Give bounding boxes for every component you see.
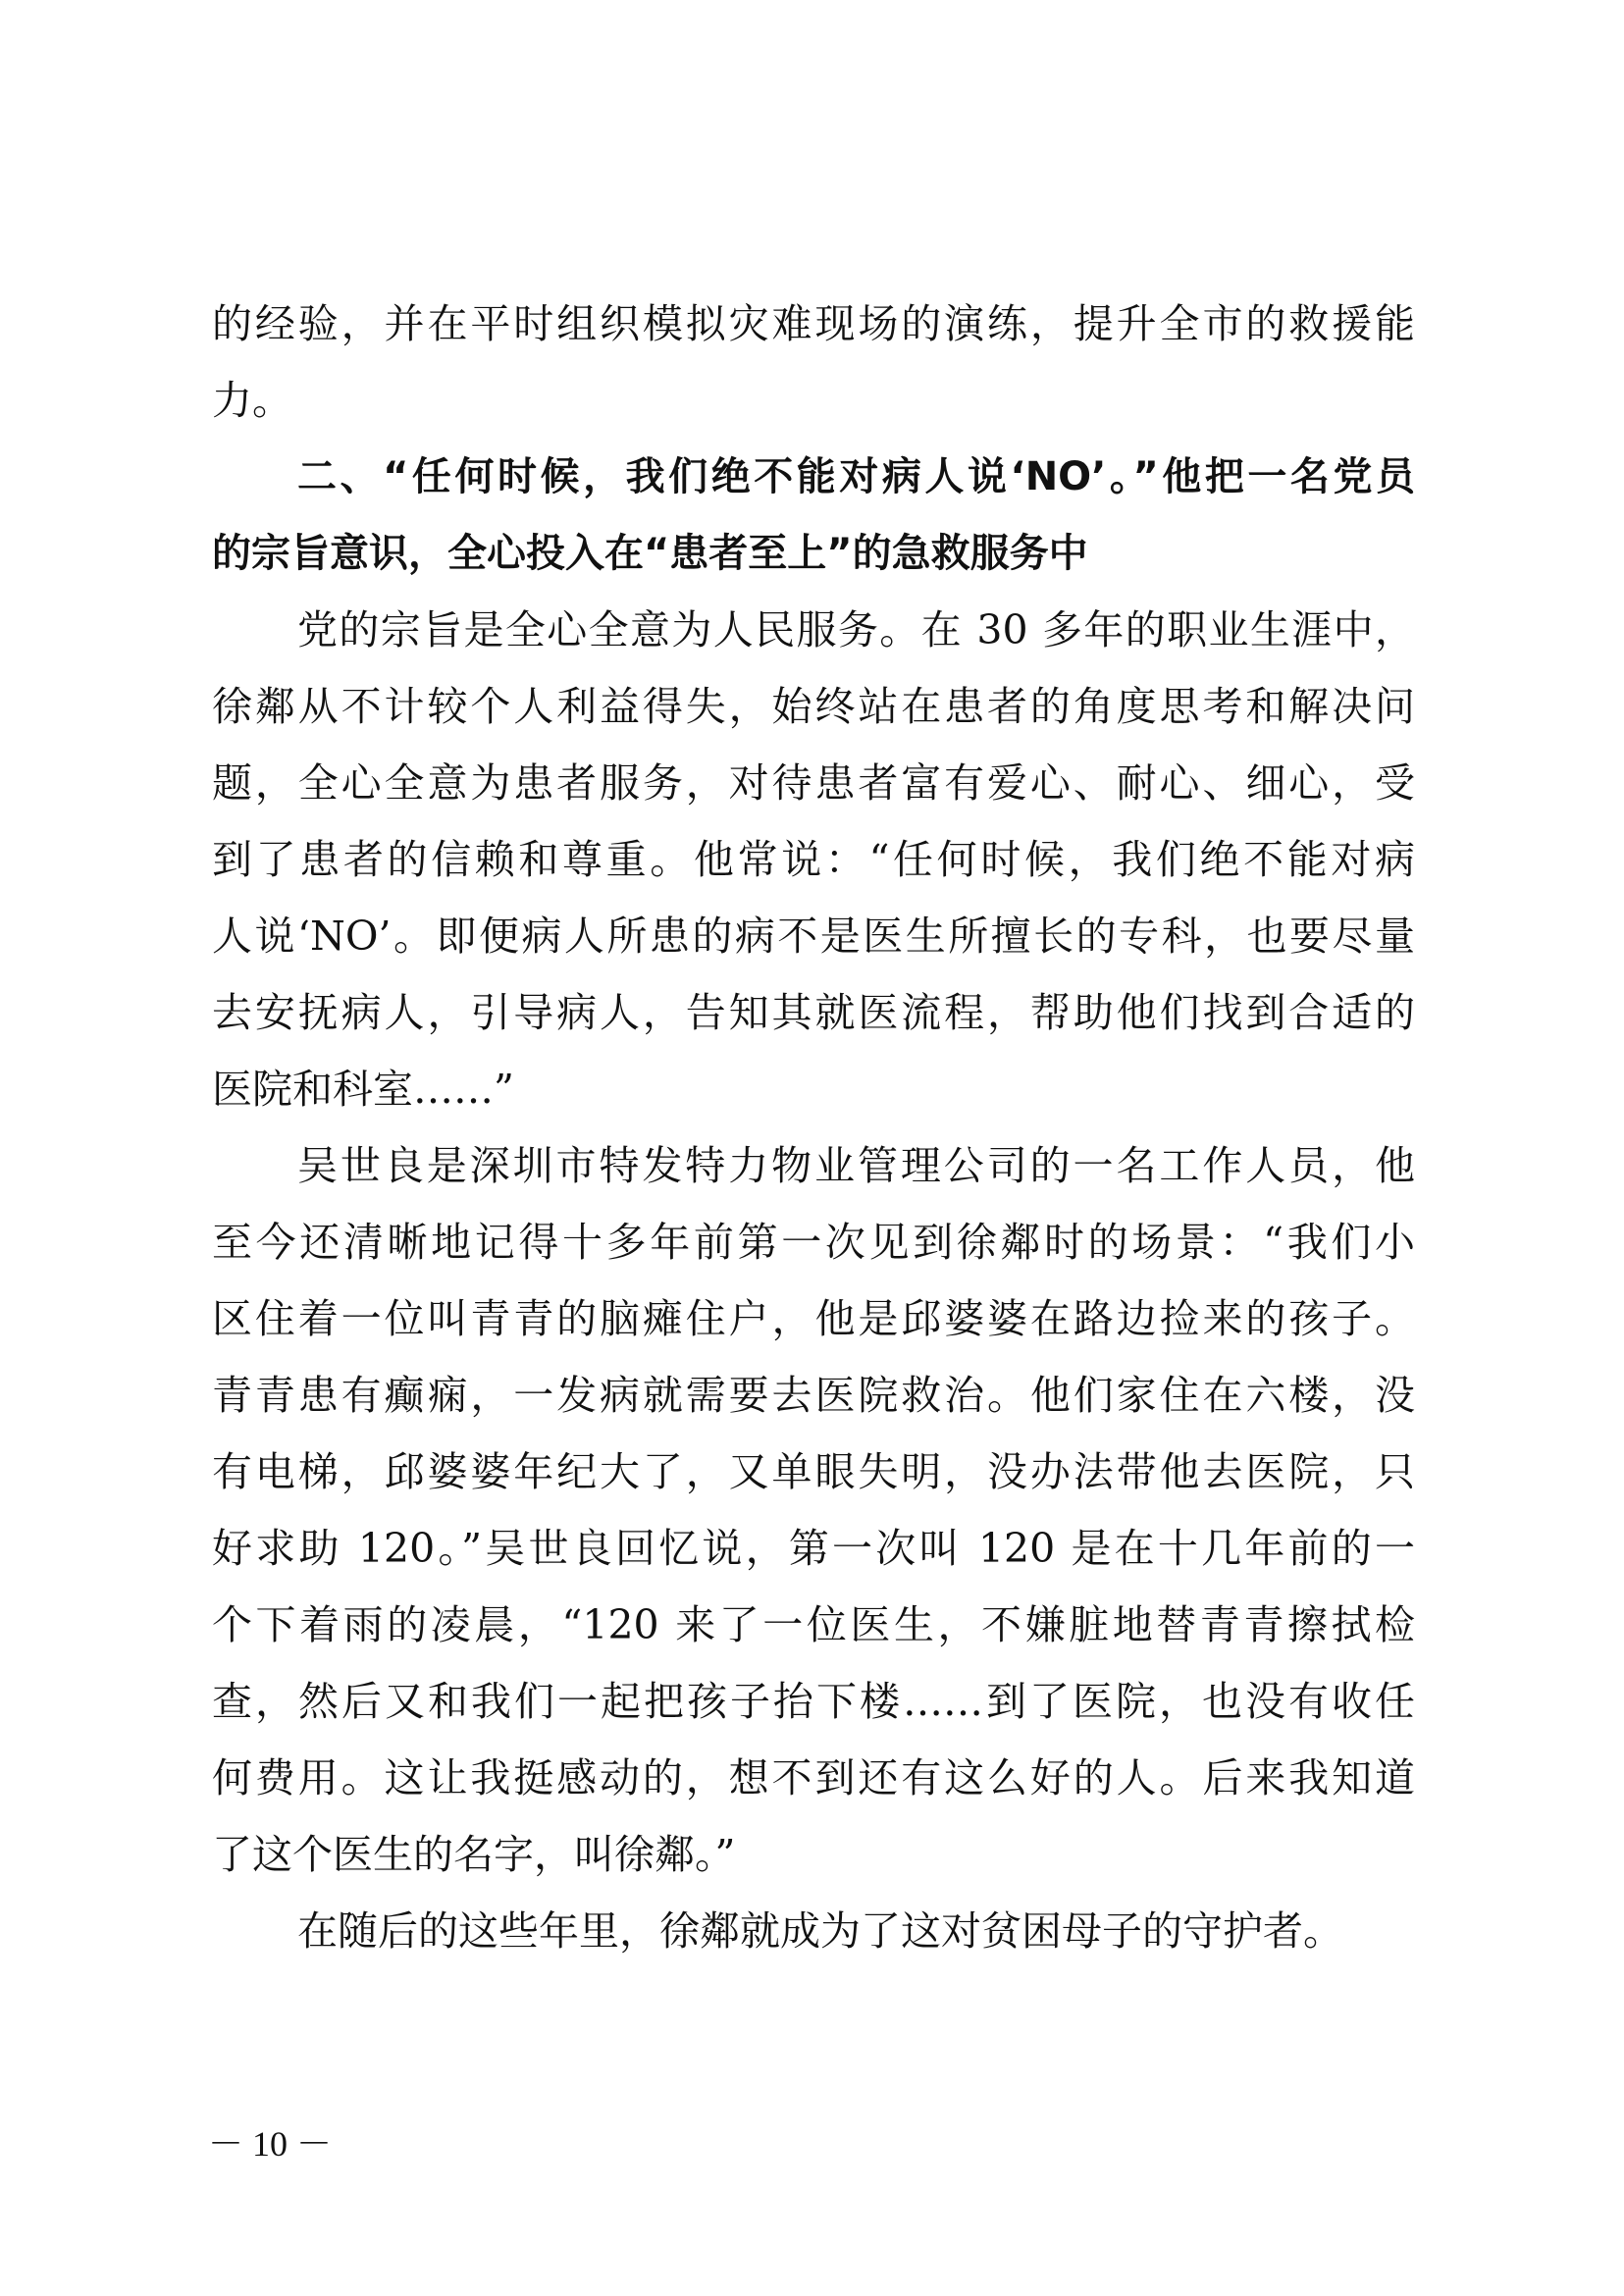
text-line: 去安抚病人，引导病人，告知其就医流程，帮助他们找到合适的 <box>212 974 1415 1051</box>
text-line: 的经验，并在平时组织模拟灾难现场的演练，提升全市的救援能 <box>212 286 1415 362</box>
text-line: 区住着一位叫青青的脑瘫住户，他是邱婆婆在路边捡来的孩子。 <box>212 1280 1415 1357</box>
text-line: 在随后的这些年里，徐鄰就成为了这对贫困母子的守护者。 <box>212 1893 1415 1969</box>
text-line: 力。 <box>212 362 1415 439</box>
text-line: 徐鄰从不计较个人利益得失，始终站在患者的角度思考和解决问 <box>212 668 1415 745</box>
text-line: 人说‘NO’。即便病人所患的病不是医生所擅长的专科，也要尽量 <box>212 898 1415 974</box>
text-line: 青青患有癫痫，一发病就需要去医院救治。他们家住在六楼，没 <box>212 1357 1415 1434</box>
text-line: 查，然后又和我们一起把孩子抬下楼……到了医院，也没有收任 <box>212 1663 1415 1740</box>
document-page: 的经验，并在平时组织模拟灾难现场的演练，提升全市的救援能 力。 二、“任何时候，… <box>212 286 1415 1969</box>
text-line: 了这个医生的名字，叫徐鄰。” <box>212 1816 1415 1893</box>
paragraph-1: 党的宗旨是全心全意为人民服务。在 30 多年的职业生涯中， 徐鄰从不计较个人利益… <box>212 592 1415 1127</box>
text-line: 何费用。这让我挺感动的，想不到还有这么好的人。后来我知道 <box>212 1740 1415 1816</box>
paragraph-continuation: 的经验，并在平时组织模拟灾难现场的演练，提升全市的救援能 力。 <box>212 286 1415 439</box>
text-line: 个下着雨的凌晨，“120 来了一位医生，不嫌脏地替青青擦拭检 <box>212 1587 1415 1663</box>
paragraph-3: 在随后的这些年里，徐鄰就成为了这对贫困母子的守护者。 <box>212 1893 1415 1969</box>
section-heading: 二、“任何时候，我们绝不能对病人说‘NO’。”他把一名党员 的宗旨意识，全心投入… <box>212 439 1415 592</box>
text-line: 有电梯，邱婆婆年纪大了，又单眼失明，没办法带他去医院，只 <box>212 1434 1415 1510</box>
text-line: 好求助 120。”吴世良回忆说，第一次叫 120 是在十几年前的一 <box>212 1510 1415 1587</box>
page-number: － 10 － <box>208 2124 332 2164</box>
text-line: 题，全心全意为患者服务，对待患者富有爱心、耐心、细心，受 <box>212 745 1415 821</box>
text-line: 到了患者的信赖和尊重。他常说：“任何时候，我们绝不能对病 <box>212 821 1415 898</box>
text-line: 党的宗旨是全心全意为人民服务。在 30 多年的职业生涯中， <box>212 592 1415 668</box>
text-line: 医院和科室……” <box>212 1051 1415 1127</box>
heading-line: 的宗旨意识，全心投入在“患者至上”的急救服务中 <box>212 515 1415 592</box>
text-line: 至今还清晰地记得十多年前第一次见到徐鄰时的场景：“我们小 <box>212 1204 1415 1280</box>
heading-line: 二、“任何时候，我们绝不能对病人说‘NO’。”他把一名党员 <box>212 439 1415 515</box>
paragraph-2: 吴世良是深圳市特发特力物业管理公司的一名工作人员，他 至今还清晰地记得十多年前第… <box>212 1127 1415 1893</box>
text-line: 吴世良是深圳市特发特力物业管理公司的一名工作人员，他 <box>212 1127 1415 1204</box>
